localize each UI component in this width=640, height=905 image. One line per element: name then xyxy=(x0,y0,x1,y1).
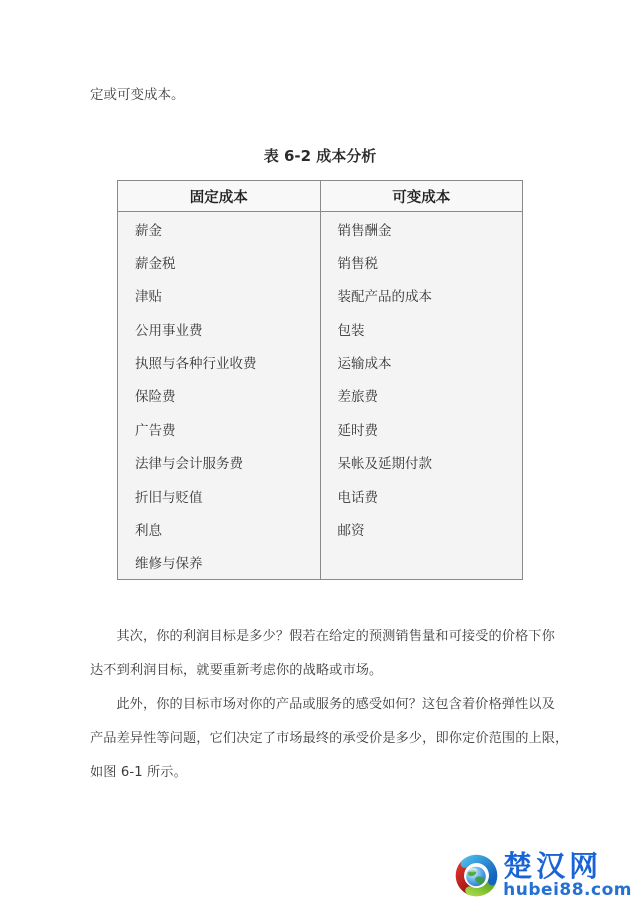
table-cell: 维修与保养 xyxy=(118,546,320,579)
table-cell: 薪金税 xyxy=(118,245,320,278)
body-text: 其次，你的利润目标是多少？假若在给定的预测销售量和可接受的价格下你 达不到利润目… xyxy=(90,620,560,790)
fixed-cost-column: 固定成本 薪金 薪金税 津贴 公用事业费 执照与各种行业收费 保险费 广告费 法… xyxy=(118,181,321,579)
table-cell: 包装 xyxy=(321,312,523,345)
variable-cost-column: 可变成本 销售酬金 销售税 装配产品的成本 包装 运输成本 差旅费 延时费 呆帐… xyxy=(321,181,523,579)
table-cell: 装配产品的成本 xyxy=(321,279,523,312)
paragraph-line: 产品差异性等问题，它们决定了市场最终的承受价是多少，即你定价范围的上限， xyxy=(90,722,560,756)
table-cell: 法律与会计服务费 xyxy=(118,446,320,479)
table-cell: 延时费 xyxy=(321,412,523,445)
table-cell: 公用事业费 xyxy=(118,312,320,345)
table-cell: 销售税 xyxy=(321,245,523,278)
table-cell: 电话费 xyxy=(321,479,523,512)
cost-analysis-table: 固定成本 薪金 薪金税 津贴 公用事业费 执照与各种行业收费 保险费 广告费 法… xyxy=(117,180,523,580)
document-page: 定或可变成本。 表 6-2 成本分析 固定成本 薪金 薪金税 津贴 公用事业费 … xyxy=(0,0,640,905)
table-cell: 呆帐及延期付款 xyxy=(321,446,523,479)
table-cell: 薪金 xyxy=(118,212,320,245)
table-cell: 差旅费 xyxy=(321,379,523,412)
paragraph-line: 达不到利润目标，就要重新考虑你的战略或市场。 xyxy=(90,654,560,688)
site-logo-watermark: 楚汉网 hubei88.com xyxy=(453,851,632,899)
column-header-fixed: 固定成本 xyxy=(118,181,320,212)
globe-swirl-icon xyxy=(453,852,500,899)
table-cell: 执照与各种行业收费 xyxy=(118,345,320,378)
table-cell: 折旧与贬值 xyxy=(118,479,320,512)
site-url: hubei88.com xyxy=(503,881,632,899)
site-name: 楚汉网 xyxy=(503,851,632,881)
table-cell: 津贴 xyxy=(118,279,320,312)
table-cell: 保险费 xyxy=(118,379,320,412)
table-cell: 邮资 xyxy=(321,512,523,545)
paragraph-line: 如图 6-1 所示。 xyxy=(90,756,560,790)
logo-text: 楚汉网 hubei88.com xyxy=(503,851,632,899)
paragraph-line: 此外，你的目标市场对你的产品或服务的感受如何？这包含着价格弹性以及 xyxy=(90,688,560,722)
table-title: 表 6-2 成本分析 xyxy=(117,147,523,165)
column-header-variable: 可变成本 xyxy=(321,181,523,212)
intro-text: 定或可变成本。 xyxy=(90,86,185,104)
table-cell: 利息 xyxy=(118,512,320,545)
paragraph-line: 其次，你的利润目标是多少？假若在给定的预测销售量和可接受的价格下你 xyxy=(90,620,560,654)
table-cell: 运输成本 xyxy=(321,345,523,378)
table-cell xyxy=(321,546,523,579)
table-cell: 销售酬金 xyxy=(321,212,523,245)
table-cell: 广告费 xyxy=(118,412,320,445)
